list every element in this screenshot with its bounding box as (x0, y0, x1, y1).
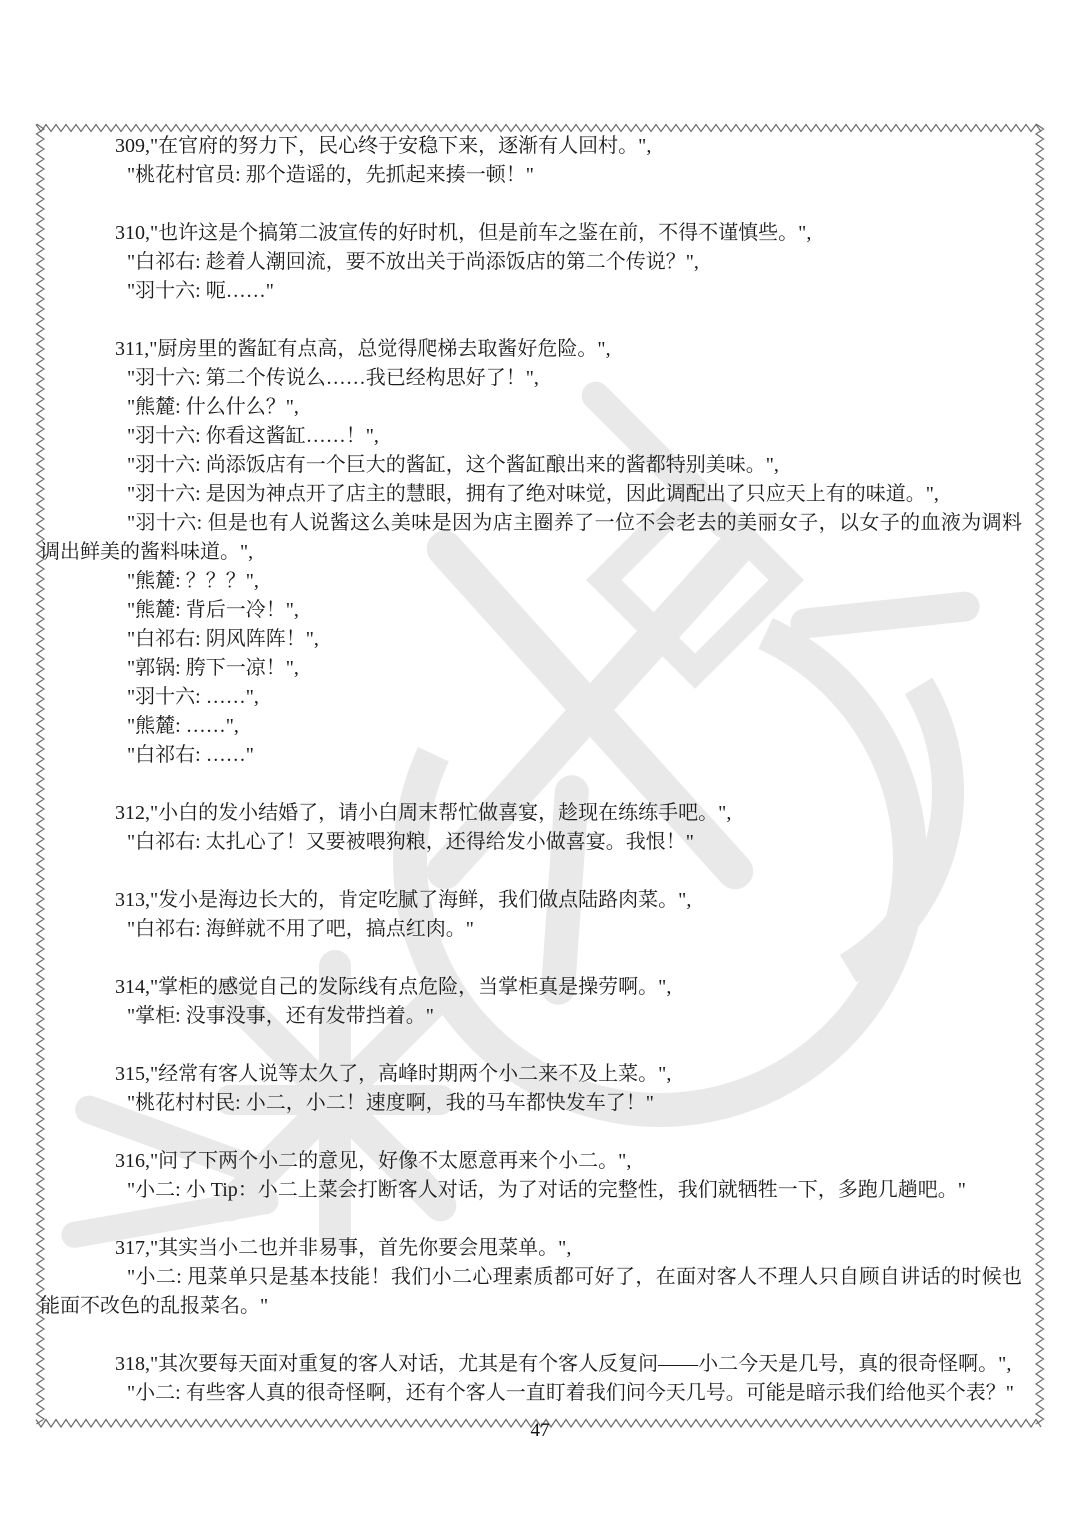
record-line: 313,"发小是海边长大的，肯定吃腻了海鲜，我们做点陆路肉菜。", (40, 886, 1022, 915)
record-line: "羽十六: 但是也有人说酱这么美味是因为店主圈养了一位不会老去的美丽女子，以女子… (40, 509, 1022, 567)
record-line: "熊麓: 背后一冷！", (40, 596, 1022, 625)
record-line: 318,"其次要每天面对重复的客人对话，尤其是有个客人反复问——小二今天是几号，… (40, 1350, 1022, 1379)
record-315: 315,"经常有客人说等太久了，高峰时期两个小二来不及上菜。", "桃花村村民:… (40, 1060, 1022, 1118)
record-310: 310,"也许这是个搞第二波宣传的好时机，但是前车之鉴在前，不得不谨慎些。", … (40, 219, 1022, 306)
record-309: 309,"在官府的努力下，民心终于安稳下来，逐渐有人回村。", "桃花村官员: … (40, 132, 1022, 190)
record-line: 312,"小白的发小结婚了，请小白周末帮忙做喜宴，趁现在练练手吧。", (40, 799, 1022, 828)
record-316: 316,"问了下两个小二的意见，好像不太愿意再来个小二。", "小二: 小 Ti… (40, 1147, 1022, 1205)
record-314: 314,"掌柜的感觉自己的发际线有点危险，当掌柜真是操劳啊。", "掌柜: 没事… (40, 973, 1022, 1031)
record-line: "熊麓: 什么什么？", (40, 393, 1022, 422)
document-page: 309,"在官府的努力下，民心终于安稳下来，逐渐有人回村。", "桃花村官员: … (0, 0, 1080, 1528)
record-line: "桃花村官员: 那个造谣的，先抓起来揍一顿！" (40, 161, 1022, 190)
record-line: 310,"也许这是个搞第二波宣传的好时机，但是前车之鉴在前，不得不谨慎些。", (40, 219, 1022, 248)
record-line: "羽十六: 尚添饭店有一个巨大的酱缸，这个酱缸酿出来的酱都特别美味。", (40, 451, 1022, 480)
record-318: 318,"其次要每天面对重复的客人对话，尤其是有个客人反复问——小二今天是几号，… (40, 1350, 1022, 1408)
record-line: "桃花村村民: 小二，小二！速度啊，我的马车都快发车了！" (40, 1089, 1022, 1118)
record-line: "小二: 小 Tip：小二上菜会打断客人对话，为了对话的完整性，我们就牺牲一下，… (40, 1176, 1022, 1205)
record-line: 314,"掌柜的感觉自己的发际线有点危险，当掌柜真是操劳啊。", (40, 973, 1022, 1002)
record-line: 315,"经常有客人说等太久了，高峰时期两个小二来不及上菜。", (40, 1060, 1022, 1089)
record-line: "熊麓: ？？？", (40, 567, 1022, 596)
record-line: 309,"在官府的努力下，民心终于安稳下来，逐渐有人回村。", (40, 132, 1022, 161)
record-line: 317,"其实当小二也并非易事，首先你要会甩菜单。", (40, 1234, 1022, 1263)
record-line: "白祁右: ……" (40, 741, 1022, 770)
record-line: "白祁右: 趁着人潮回流，要不放出关于尚添饭店的第二个传说？", (40, 248, 1022, 277)
record-line: "羽十六: ……", (40, 683, 1022, 712)
page-number: 47 (0, 1419, 1080, 1443)
record-311: 311,"厨房里的酱缸有点高，总觉得爬梯去取酱好危险。", "羽十六: 第二个传… (40, 335, 1022, 770)
record-line: 316,"问了下两个小二的意见，好像不太愿意再来个小二。", (40, 1147, 1022, 1176)
record-line: "白祁右: 海鲜就不用了吧，搞点红肉。" (40, 915, 1022, 944)
record-line: "小二: 甩菜单只是基本技能！我们小二心理素质都可好了，在面对客人不理人只自顾自… (40, 1263, 1022, 1321)
record-line: "羽十六: 是因为神点开了店主的慧眼，拥有了绝对味觉，因此调配出了只应天上有的味… (40, 480, 1022, 509)
record-line: "白祁右: 阴风阵阵！", (40, 625, 1022, 654)
page-content: 309,"在官府的努力下，民心终于安稳下来，逐渐有人回村。", "桃花村官员: … (40, 132, 1022, 1408)
record-line: "熊麓: ……", (40, 712, 1022, 741)
record-line: "白祁右: 太扎心了！又要被喂狗粮，还得给发小做喜宴。我恨！" (40, 828, 1022, 857)
record-line: 311,"厨房里的酱缸有点高，总觉得爬梯去取酱好危险。", (40, 335, 1022, 364)
record-line: "掌柜: 没事没事，还有发带挡着。" (40, 1002, 1022, 1031)
record-line: "羽十六: 你看这酱缸……！", (40, 422, 1022, 451)
record-line: "羽十六: 呃……" (40, 277, 1022, 306)
record-312: 312,"小白的发小结婚了，请小白周末帮忙做喜宴，趁现在练练手吧。", "白祁右… (40, 799, 1022, 857)
record-313: 313,"发小是海边长大的，肯定吃腻了海鲜，我们做点陆路肉菜。", "白祁右: … (40, 886, 1022, 944)
record-line: "郭锅: 胯下一凉！", (40, 654, 1022, 683)
record-line: "小二: 有些客人真的很奇怪啊，还有个客人一直盯着我们问今天几号。可能是暗示我们… (40, 1379, 1022, 1408)
record-line: "羽十六: 第二个传说么……我已经构思好了！", (40, 364, 1022, 393)
record-317: 317,"其实当小二也并非易事，首先你要会甩菜单。", "小二: 甩菜单只是基本… (40, 1234, 1022, 1321)
